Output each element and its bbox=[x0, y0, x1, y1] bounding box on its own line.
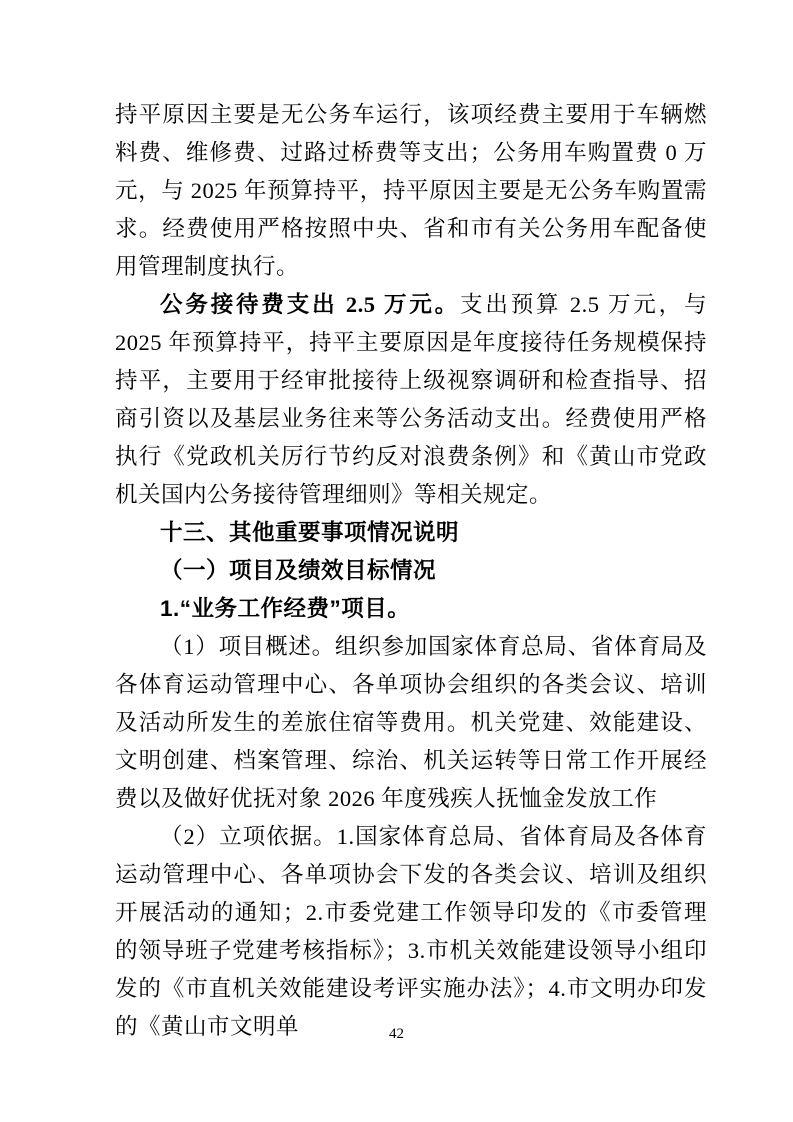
paragraph-reception-expense: 公务接待费支出 2.5 万元。支出预算 2.5 万元，与 2025 年预算持平，… bbox=[115, 286, 707, 514]
section-heading-other-important-matters: 十三、其他重要事项情况说明 bbox=[115, 514, 707, 552]
paragraph-project-basis: （2）立项依据。1.国家体育总局、省体育局及各体育运动管理中心、各单项协会下发的… bbox=[115, 818, 707, 1046]
document-page: 持平原因主要是无公务车运行，该项经费主要用于车辆燃料费、维修费、过路过桥费等支出… bbox=[0, 0, 793, 1122]
item-heading-business-work-funds-project: 1.“业务工作经费”项目。 bbox=[115, 590, 707, 628]
subsection-heading-project-performance-goals: （一）项目及绩效目标情况 bbox=[115, 552, 707, 590]
reception-expense-body: 支出预算 2.5 万元，与 2025 年预算持平，持平主要原因是年度接待任务规模… bbox=[115, 292, 707, 507]
document-body: 持平原因主要是无公务车运行，该项经费主要用于车辆燃料费、维修费、过路过桥费等支出… bbox=[115, 96, 707, 1046]
paragraph-project-overview: （1）项目概述。组织参加国家体育总局、省体育局及各体育运动管理中心、各单项协会组… bbox=[115, 628, 707, 818]
reception-expense-lead: 公务接待费支出 2.5 万元。 bbox=[160, 292, 460, 317]
paragraph-vehicle-expense: 持平原因主要是无公务车运行，该项经费主要用于车辆燃料费、维修费、过路过桥费等支出… bbox=[115, 96, 707, 286]
page-number: 42 bbox=[0, 1024, 793, 1044]
